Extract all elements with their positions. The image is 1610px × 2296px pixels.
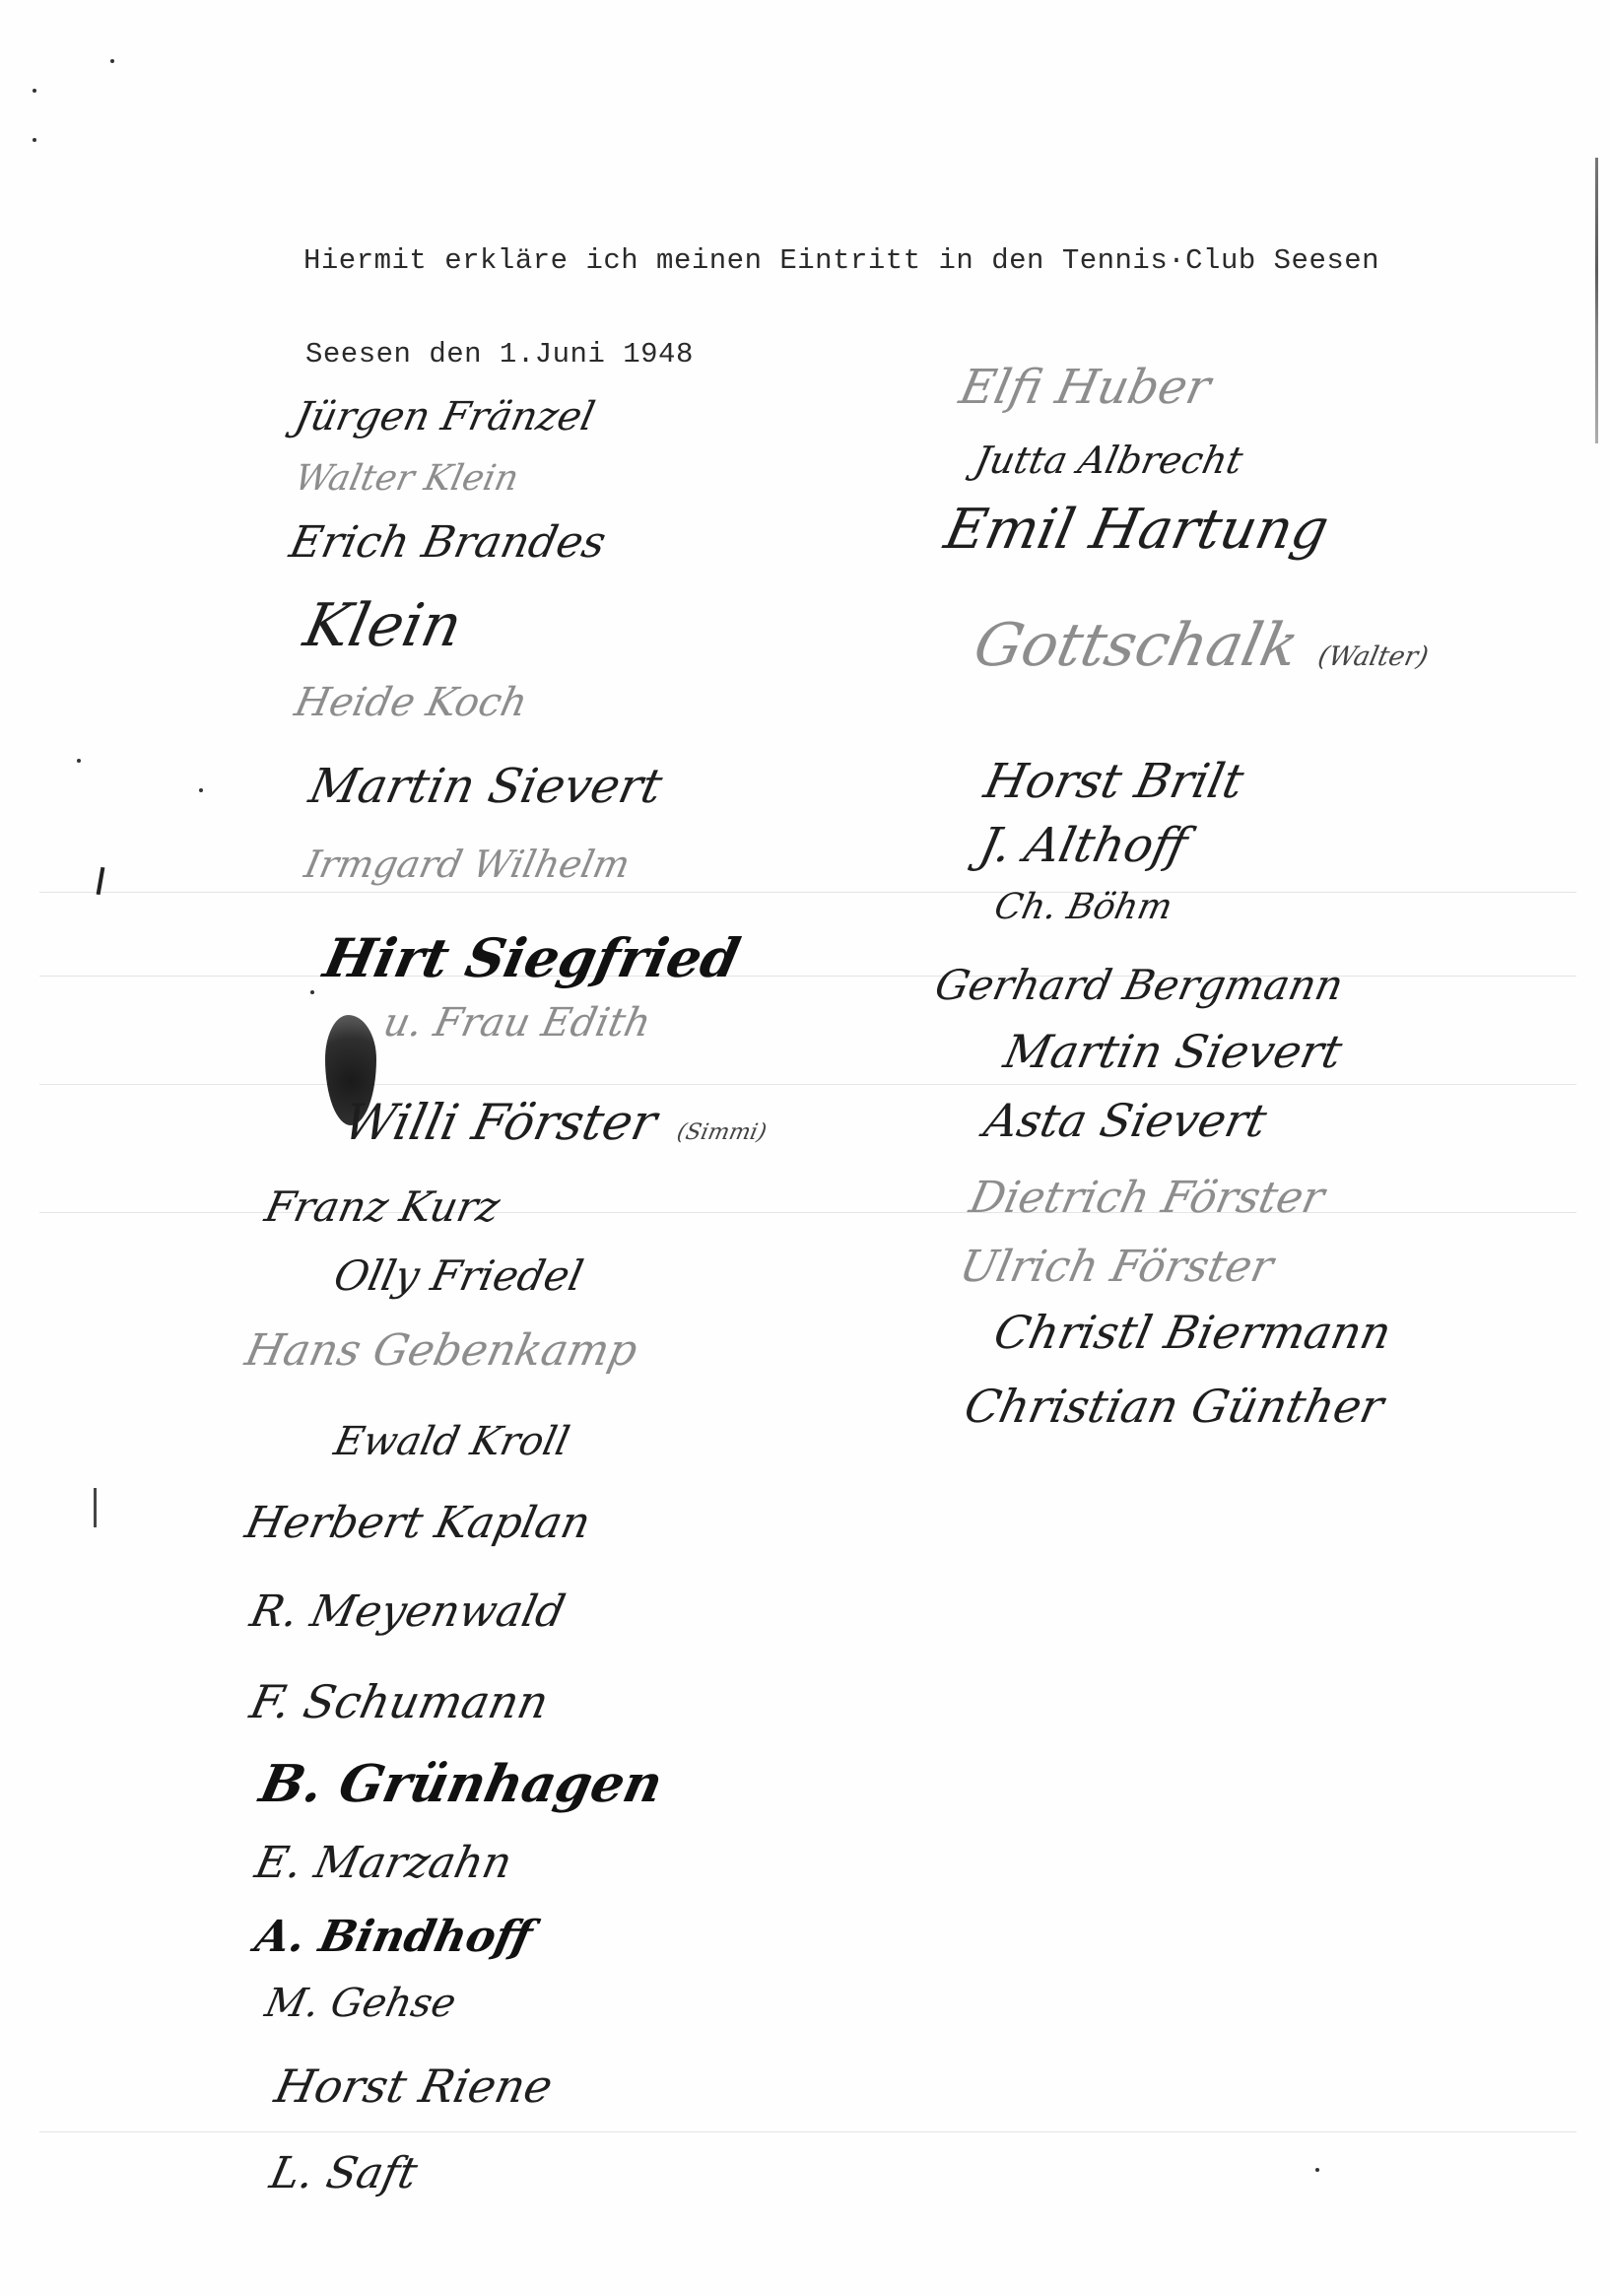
signature-text: Gottschalk <box>969 611 1306 680</box>
handwritten-signature: R. Meyenwald <box>246 1587 570 1637</box>
signature-text: Jürgen Fränzel <box>291 394 598 439</box>
signature-text: Martin Sievert <box>999 1025 1347 1078</box>
handwritten-signature: Ewald Kroll <box>330 1419 573 1464</box>
handwritten-signature: A. Bindhoff <box>251 1912 537 1962</box>
handwritten-signature: Olly Friedel <box>330 1251 587 1300</box>
handwritten-signature: E. Marzahn <box>251 1838 516 1888</box>
handwritten-signature: Elfi Huber <box>955 360 1215 415</box>
signature-text: Martin Sievert <box>304 759 667 814</box>
scan-mark <box>97 867 105 895</box>
signature-text: Horst Brilt <box>979 754 1248 809</box>
signature-text: J. Althoff <box>974 818 1192 873</box>
scan-speck <box>110 59 114 63</box>
scan-speck <box>33 89 36 93</box>
signature-text: M. Gehse <box>261 1981 460 2026</box>
signature-text: Jutta Albrecht <box>971 439 1246 482</box>
signature-text: Olly Friedel <box>330 1251 587 1300</box>
signature-text: Herbert Kaplan <box>241 1498 595 1548</box>
scan-edge-line <box>1595 158 1598 443</box>
signature-text: Hirt Siegfried <box>318 926 745 989</box>
scanned-document-page: Hiermit erkläre ich meinen Eintritt in d… <box>0 0 1610 2296</box>
signature-text: Christl Biermann <box>989 1306 1395 1359</box>
signature-text: R. Meyenwald <box>246 1587 570 1637</box>
signature-text: E. Marzahn <box>251 1838 516 1888</box>
signature-text: Emil Hartung <box>939 498 1334 562</box>
signature-text: Elfi Huber <box>955 360 1215 415</box>
signature-text: Gerhard Bergmann <box>931 961 1348 1009</box>
handwritten-signature: Jutta Albrecht <box>971 439 1246 482</box>
signature-note: (Walter) <box>1315 642 1432 672</box>
handwritten-signature: Martin Sievert <box>304 759 667 814</box>
signature-text: Ewald Kroll <box>330 1419 573 1464</box>
signature-text: Franz Kurz <box>261 1182 504 1231</box>
handwritten-signature: Horst Brilt <box>979 754 1248 809</box>
handwritten-signature: Gottschalk(Walter) <box>969 611 1438 680</box>
handwritten-signature: B. Grünhagen <box>255 1754 668 1814</box>
signature-text: Walter Klein <box>292 458 522 499</box>
handwritten-signature: Herbert Kaplan <box>241 1498 595 1548</box>
scan-speck <box>77 759 81 763</box>
signature-text: A. Bindhoff <box>251 1912 537 1962</box>
signature-text: L. Saft <box>266 2148 422 2198</box>
signature-text: Ulrich Förster <box>956 1242 1278 1292</box>
faint-ruled-line <box>39 976 1576 977</box>
handwritten-signature: Christl Biermann <box>989 1306 1395 1359</box>
signature-text: B. Grünhagen <box>255 1754 668 1814</box>
signature-text: Irmgard Wilhelm <box>301 843 634 886</box>
handwritten-signature: Emil Hartung <box>939 498 1334 562</box>
handwritten-signature: Klein <box>299 591 468 660</box>
handwritten-signature: Erich Brandes <box>286 517 611 568</box>
handwritten-signature: Jürgen Fränzel <box>291 394 598 439</box>
handwritten-signature: Heide Koch <box>291 680 531 725</box>
handwritten-signature: Dietrich Förster <box>966 1173 1329 1223</box>
handwritten-signature: Willi Förster(Simmi) <box>339 1094 774 1151</box>
signature-text: Ch. Böhm <box>991 887 1176 927</box>
handwritten-signature: Ulrich Förster <box>956 1242 1278 1292</box>
date-line: Seesen den 1.Juni 1948 <box>305 338 694 371</box>
scan-speck <box>33 138 36 142</box>
handwritten-signature: Asta Sievert <box>979 1094 1271 1147</box>
document-heading: Hiermit erkläre ich meinen Eintritt in d… <box>303 244 1379 277</box>
signature-note: (Simmi) <box>675 1119 770 1145</box>
handwritten-signature: Horst Riene <box>270 2060 557 2113</box>
handwritten-signature: Martin Sievert <box>999 1025 1347 1078</box>
signature-text: Hans Gebenkamp <box>241 1325 642 1376</box>
signature-text: Willi Förster <box>339 1094 662 1151</box>
handwritten-signature: Franz Kurz <box>261 1182 504 1231</box>
signature-text: F. Schumann <box>245 1675 553 1728</box>
handwritten-signature: Ch. Böhm <box>991 887 1176 927</box>
handwritten-signature: F. Schumann <box>245 1675 553 1728</box>
signature-text: Asta Sievert <box>979 1094 1271 1147</box>
scan-speck <box>1315 2168 1319 2172</box>
signature-text: u. Frau Edith <box>379 1000 655 1046</box>
scan-speck <box>310 990 314 994</box>
handwritten-signature: Walter Klein <box>292 458 522 499</box>
handwritten-signature: J. Althoff <box>974 818 1192 873</box>
scan-speck <box>199 788 203 792</box>
faint-ruled-line <box>39 2131 1576 2132</box>
signature-text: Horst Riene <box>270 2060 557 2113</box>
signature-text: Christian Günther <box>960 1380 1388 1433</box>
signature-text: Erich Brandes <box>286 517 611 568</box>
handwritten-signature: Irmgard Wilhelm <box>301 843 634 886</box>
handwritten-signature: M. Gehse <box>261 1981 460 2026</box>
signature-text: Heide Koch <box>291 680 531 725</box>
handwritten-signature: Christian Günther <box>960 1380 1388 1433</box>
handwritten-signature: u. Frau Edith <box>379 1000 655 1046</box>
faint-ruled-line <box>39 892 1576 893</box>
faint-ruled-line <box>39 1084 1576 1085</box>
handwritten-signature: Gerhard Bergmann <box>931 961 1348 1009</box>
signature-text: Klein <box>299 591 468 660</box>
handwritten-signature: Hans Gebenkamp <box>241 1325 642 1376</box>
handwritten-signature: Hirt Siegfried <box>318 926 745 989</box>
signature-text: Dietrich Förster <box>966 1173 1329 1223</box>
scan-mark <box>94 1488 97 1527</box>
handwritten-signature: L. Saft <box>266 2148 422 2198</box>
